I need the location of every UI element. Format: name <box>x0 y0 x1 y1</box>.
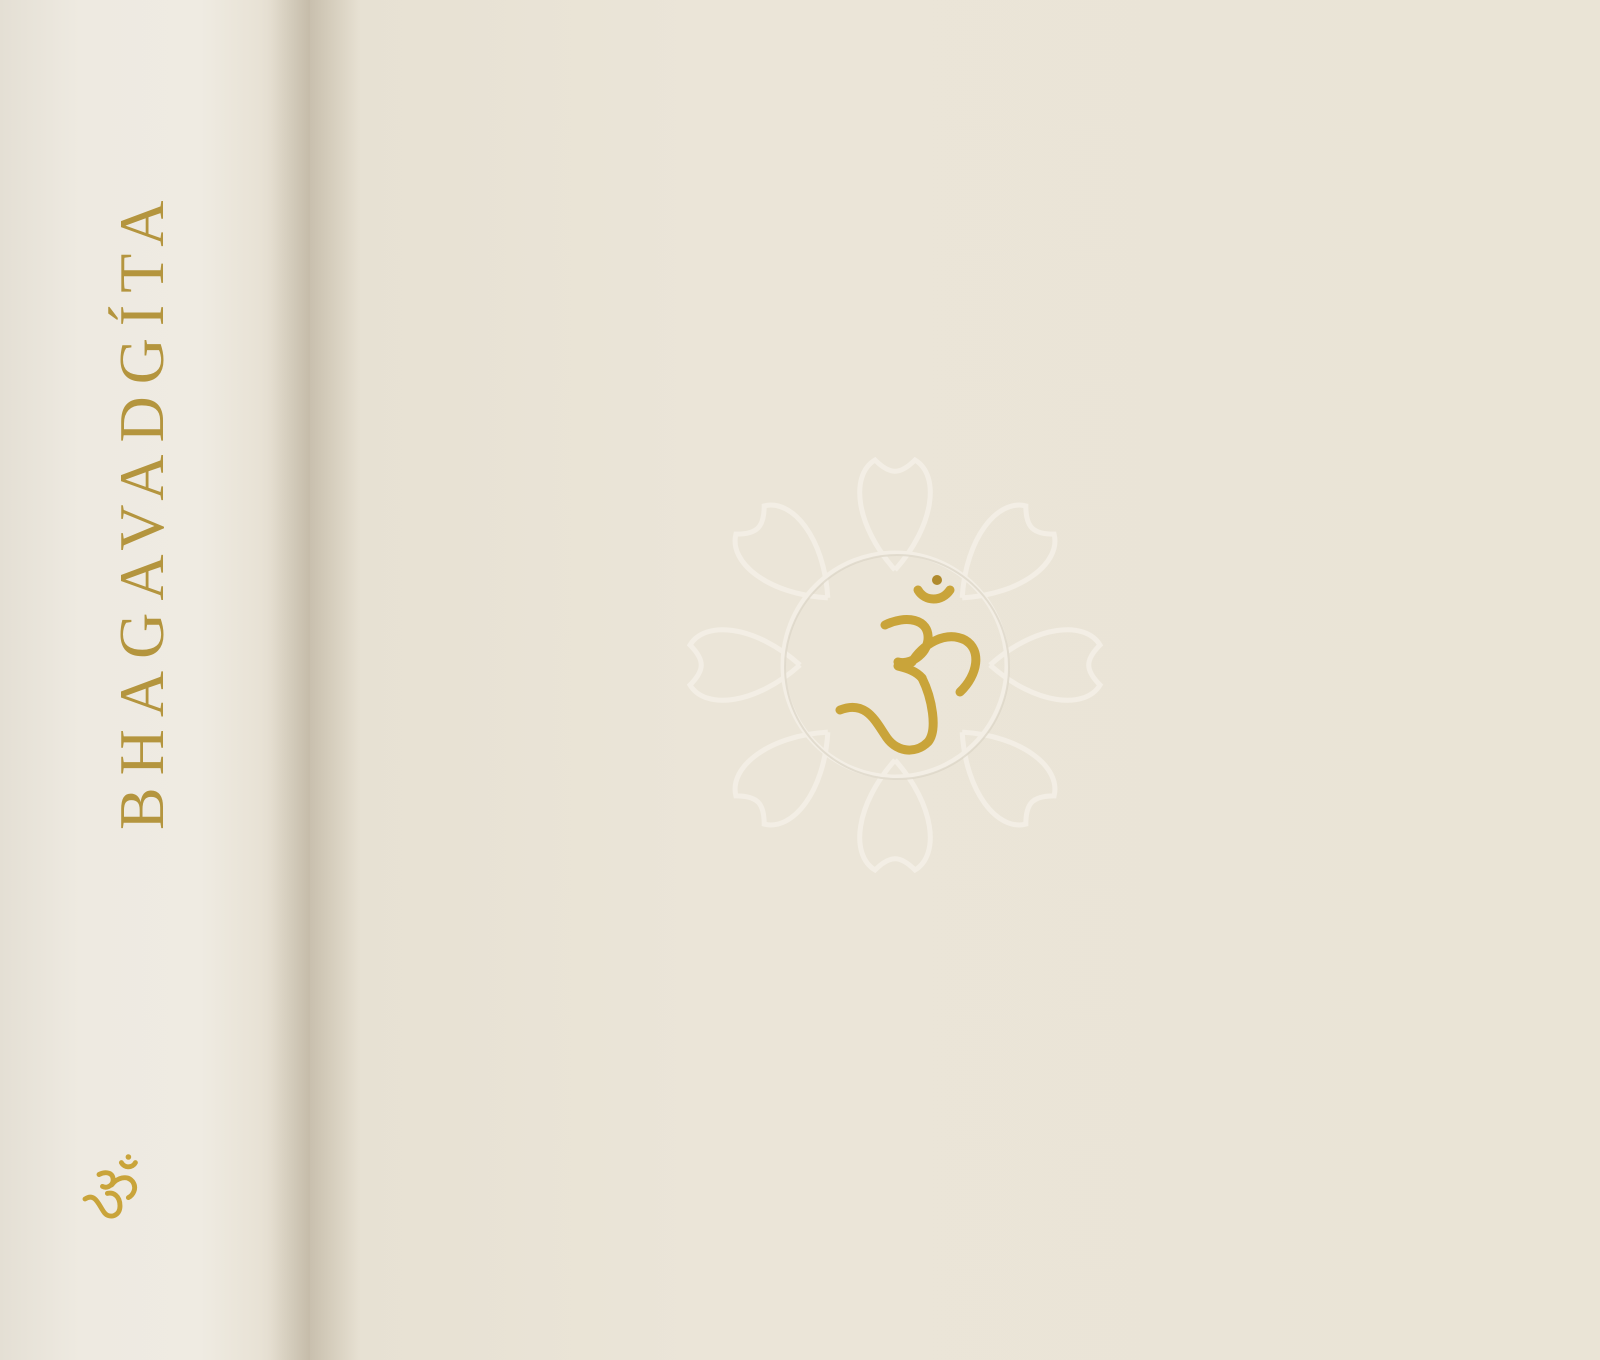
book-spine: BHAGAVADGÍTA <box>0 0 310 1360</box>
om-icon <box>840 590 976 750</box>
lotus-om-emblem <box>660 430 1130 900</box>
bindu-dot <box>932 575 942 585</box>
book-cover: BHAGAVADGÍTA <box>0 0 1600 1360</box>
spine-title: BHAGAVADGÍTA <box>110 189 174 830</box>
om-icon <box>78 1150 148 1220</box>
spine-hinge-shadow <box>270 0 360 1360</box>
